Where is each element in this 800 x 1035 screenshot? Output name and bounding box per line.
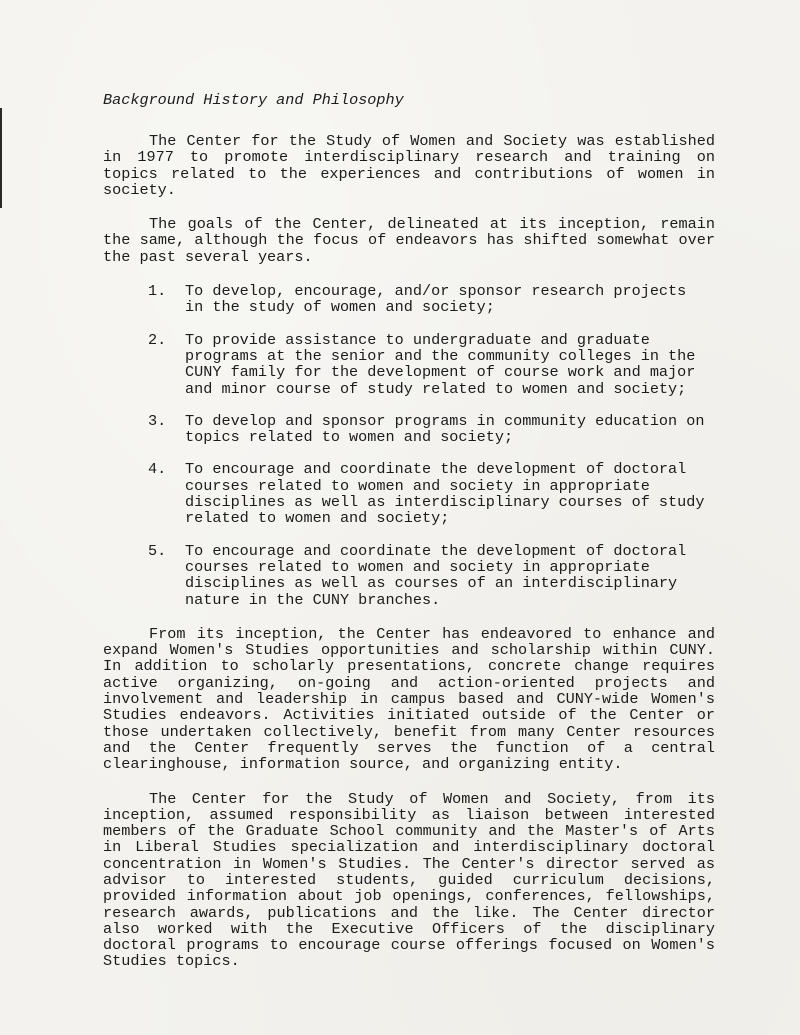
goal-number: 2. — [148, 332, 185, 397]
text-line: The goals of the Center, delineated at i… — [103, 216, 715, 232]
text-line: The Center for the Study of Women and So… — [103, 133, 715, 149]
text-line: programs at the senior and the community… — [185, 348, 715, 364]
text-line: Studies topics. — [103, 953, 715, 969]
text-line: doctoral programs to encourage course of… — [103, 937, 715, 953]
text-line: courses related to women and society in … — [185, 559, 715, 575]
text-line: The Center for the Study of Women and So… — [103, 791, 715, 807]
goals-list: 1. To develop, encourage, and/or sponsor… — [148, 283, 715, 608]
text-line: and minor course of study related to wom… — [185, 381, 715, 397]
text-line: disciplines as well as courses of an int… — [185, 575, 715, 591]
text-line: inception, assumed responsibility as lia… — [103, 807, 715, 823]
text-line: provided information about job openings,… — [103, 888, 715, 904]
text-line: To develop, encourage, and/or sponsor re… — [185, 283, 715, 299]
goal-number: 5. — [148, 543, 185, 608]
text-line: Studies endeavors. Activities initiated … — [103, 707, 715, 723]
text-line: From its inception, the Center has endea… — [103, 626, 715, 642]
scan-edge-mark — [0, 108, 2, 208]
text-line: To develop and sponsor programs in commu… — [185, 413, 715, 429]
paragraph-goals-intro: The goals of the Center, delineated at i… — [103, 216, 715, 265]
scanned-page: Background History and Philosophy The Ce… — [0, 0, 800, 1035]
text-line: those undertaken collectively, benefit f… — [103, 724, 715, 740]
goal-item: 4. To encourage and coordinate the devel… — [148, 461, 715, 526]
goal-number: 4. — [148, 461, 185, 526]
paragraph-liaison: The Center for the Study of Women and So… — [103, 791, 715, 970]
paragraph-establishment: The Center for the Study of Women and So… — [103, 133, 715, 198]
goal-number: 3. — [148, 413, 185, 446]
text-line: concentration in Women's Studies. The Ce… — [103, 856, 715, 872]
text-line: clearinghouse, information source, and o… — [103, 756, 715, 772]
goal-item: 3. To develop and sponsor programs in co… — [148, 413, 715, 446]
text-line: advisor to interested students, guided c… — [103, 872, 715, 888]
text-line: disciplines as well as interdisciplinary… — [185, 494, 715, 510]
text-line: involvement and leadership in campus bas… — [103, 691, 715, 707]
goal-item: 2. To provide assistance to undergraduat… — [148, 332, 715, 397]
goal-number: 1. — [148, 283, 185, 316]
paragraph-womens-studies: From its inception, the Center has endea… — [103, 626, 715, 773]
text-line: expand Women's Studies opportunities and… — [103, 642, 715, 658]
text-line: in the study of women and society; — [185, 299, 715, 315]
goal-item: 1. To develop, encourage, and/or sponsor… — [148, 283, 715, 316]
text-line: courses related to women and society in … — [185, 478, 715, 494]
text-line: In addition to scholarly presentations, … — [103, 658, 715, 674]
text-line: and the Center frequently serves the fun… — [103, 740, 715, 756]
text-line: CUNY family for the development of cours… — [185, 364, 715, 380]
text-line: To encourage and coordinate the developm… — [185, 461, 715, 477]
text-line: members of the Graduate School community… — [103, 823, 715, 839]
text-line: also worked with the Executive Officers … — [103, 921, 715, 937]
text-line: To encourage and coordinate the developm… — [185, 543, 715, 559]
document-body: Background History and Philosophy The Ce… — [103, 92, 715, 988]
text-line: To provide assistance to undergraduate a… — [185, 332, 715, 348]
text-line: related to women and society; — [185, 510, 715, 526]
text-line: research awards, publications and the li… — [103, 905, 715, 921]
goal-item: 5. To encourage and coordinate the devel… — [148, 543, 715, 608]
text-line: in 1977 to promote interdisciplinary res… — [103, 149, 715, 165]
text-line: in Liberal Studies specialization and in… — [103, 839, 715, 855]
text-line: nature in the CUNY branches. — [185, 592, 715, 608]
text-line: the past several years. — [103, 249, 715, 265]
section-heading: Background History and Philosophy — [103, 92, 715, 109]
text-line: society. — [103, 182, 715, 198]
text-line: topics related to women and society; — [185, 429, 715, 445]
text-line: the same, although the focus of endeavor… — [103, 232, 715, 248]
text-line: topics related to the experiences and co… — [103, 166, 715, 182]
text-line: active organizing, on-going and action-o… — [103, 675, 715, 691]
